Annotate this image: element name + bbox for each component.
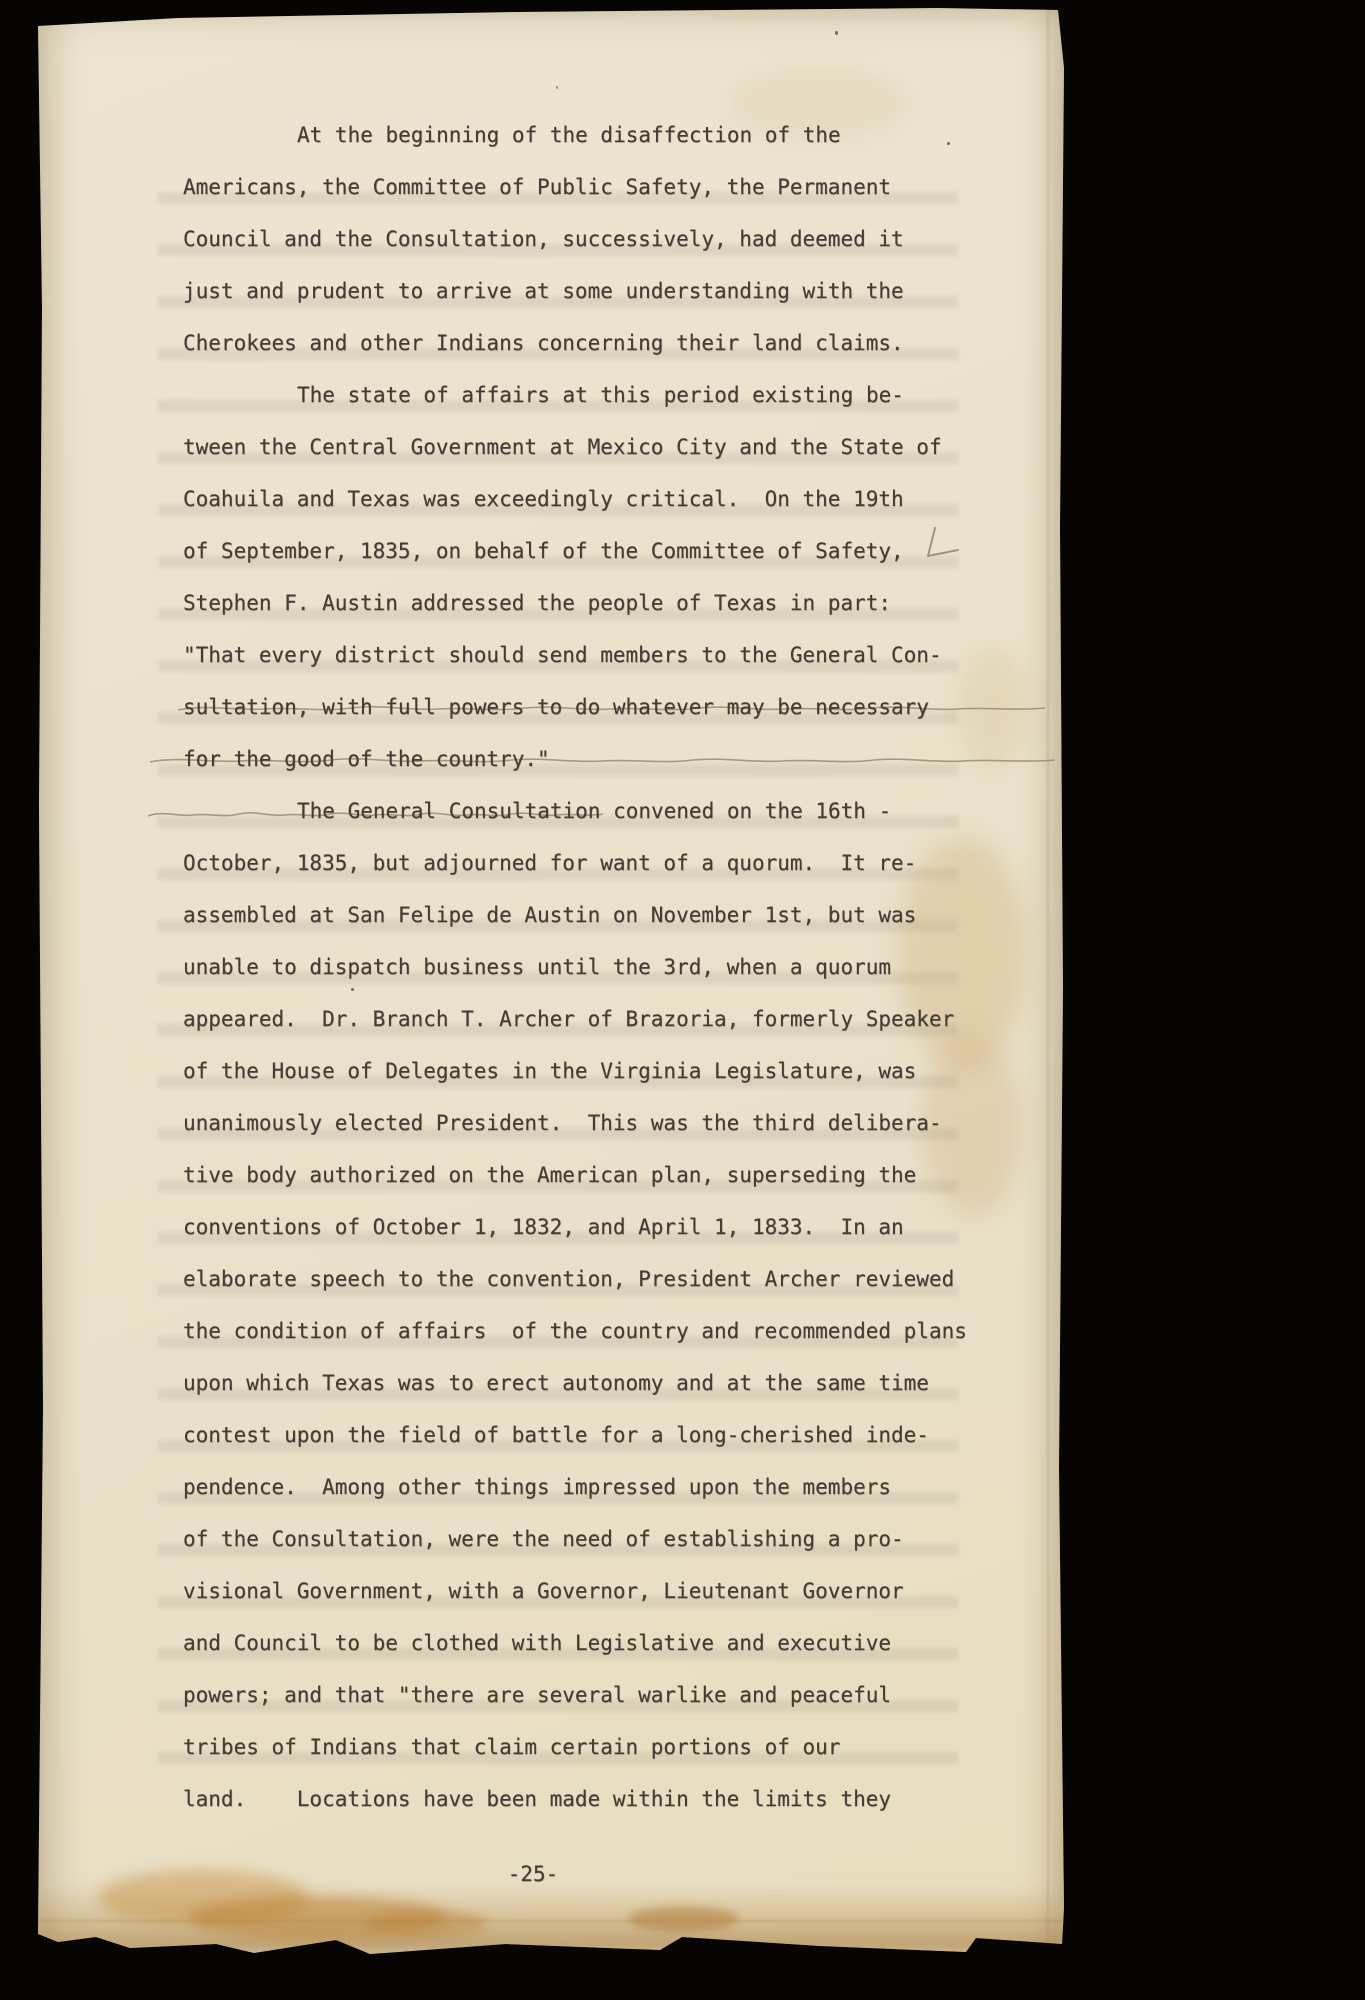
scanned-document-photo: { "document": { "type": "typewritten-pag… xyxy=(0,0,1365,2000)
line-text: just and prudent to arrive at some under… xyxy=(183,279,904,303)
typed-line: At the beginning of the disaffection of … xyxy=(183,109,1063,161)
line-text: Council and the Consultation, successive… xyxy=(183,227,904,251)
typed-line: powers; and that "there are several warl… xyxy=(183,1669,1063,1721)
pencil-check-mark-icon xyxy=(925,527,961,561)
typed-line: conventions of October 1, 1832, and Apri… xyxy=(183,1201,1063,1253)
line-text: Coahuila and Texas was exceedingly criti… xyxy=(183,487,904,511)
stain-blob xyxy=(628,1906,738,1932)
line-text: tribes of Indians that claim certain por… xyxy=(183,1735,840,1759)
page-fold-line xyxy=(38,1920,1064,1922)
typed-line: pendence. Among other things impressed u… xyxy=(183,1461,1063,1513)
typed-line: for the good of the country." xyxy=(183,733,1063,785)
typed-line: unanimously elected President. This was … xyxy=(183,1097,1063,1149)
typed-line: just and prudent to arrive at some under… xyxy=(183,265,1063,317)
line-text: of September, 1835, on behalf of the Com… xyxy=(183,539,904,563)
typed-line: Council and the Consultation, successive… xyxy=(183,213,1063,265)
typed-line: The General Consultation convened on the… xyxy=(183,785,1063,837)
ink-speck xyxy=(835,31,838,35)
typed-line: appeared. Dr. Branch T. Archer of Brazor… xyxy=(183,993,1063,1045)
typed-line: the condition of affairs of the country … xyxy=(183,1305,1063,1357)
text-block: At the beginning of the disaffection of … xyxy=(183,109,1063,1825)
typed-line: Americans, the Committee of Public Safet… xyxy=(183,161,1063,213)
line-text: tive body authorized on the American pla… xyxy=(183,1163,916,1187)
typed-line: of the House of Delegates in the Virgini… xyxy=(183,1045,1063,1097)
line-text: unanimously elected President. This was … xyxy=(183,1111,942,1135)
stain-blob xyxy=(368,1910,488,1938)
document-page: At the beginning of the disaffection of … xyxy=(38,8,1064,1955)
line-text: visional Government, with a Governor, Li… xyxy=(183,1579,904,1603)
typed-line: The state of affairs at this period exis… xyxy=(183,369,1063,421)
typed-line: "That every district should send members… xyxy=(183,629,1063,681)
typed-line: sultation, with full powers to do whatev… xyxy=(183,681,1063,733)
ink-speck xyxy=(556,86,558,89)
line-text: appeared. Dr. Branch T. Archer of Brazor… xyxy=(183,1007,954,1031)
typed-line: and Council to be clothed with Legislati… xyxy=(183,1617,1063,1669)
line-text: Stephen F. Austin addressed the people o… xyxy=(183,591,891,615)
typed-line: tive body authorized on the American pla… xyxy=(183,1149,1063,1201)
line-text: Americans, the Committee of Public Safet… xyxy=(183,175,891,199)
typed-line: tween the Central Government at Mexico C… xyxy=(183,421,1063,473)
line-text: the condition of affairs of the country … xyxy=(183,1319,967,1343)
typed-line: unable to dispatch business until the 3r… xyxy=(183,941,1063,993)
typed-line: elaborate speech to the convention, Pres… xyxy=(183,1253,1063,1305)
typed-line: October, 1835, but adjourned for want of… xyxy=(183,837,1063,889)
line-text: elaborate speech to the convention, Pres… xyxy=(183,1267,954,1291)
typed-line: visional Government, with a Governor, Li… xyxy=(183,1565,1063,1617)
line-text: sultation, with full powers to do whatev… xyxy=(183,695,929,719)
line-text: At the beginning of the disaffection of … xyxy=(297,123,841,147)
line-text: assembled at San Felipe de Austin on Nov… xyxy=(183,903,916,927)
line-text: land. Locations have been made within th… xyxy=(183,1787,891,1811)
typed-line: contest upon the field of battle for a l… xyxy=(183,1409,1063,1461)
line-text: contest upon the field of battle for a l… xyxy=(183,1423,929,1447)
line-text: of the House of Delegates in the Virgini… xyxy=(183,1059,916,1083)
line-text: October, 1835, but adjourned for want of… xyxy=(183,851,916,875)
line-text: and Council to be clothed with Legislati… xyxy=(183,1631,891,1655)
page-number: -25- xyxy=(183,1848,883,1900)
line-text: upon which Texas was to erect autonomy a… xyxy=(183,1371,929,1395)
line-text: tween the Central Government at Mexico C… xyxy=(183,435,942,459)
line-text: The General Consultation convened on the… xyxy=(297,799,891,823)
line-text: unable to dispatch business until the 3r… xyxy=(183,955,891,979)
typed-line: assembled at San Felipe de Austin on Nov… xyxy=(183,889,1063,941)
typed-line: Cherokees and other Indians concerning t… xyxy=(183,317,1063,369)
line-text: powers; and that "there are several warl… xyxy=(183,1683,891,1707)
line-text: conventions of October 1, 1832, and Apri… xyxy=(183,1215,904,1239)
line-text: Cherokees and other Indians concerning t… xyxy=(183,331,904,355)
line-text: The state of affairs at this period exis… xyxy=(297,383,904,407)
typed-line: Coahuila and Texas was exceedingly criti… xyxy=(183,473,1063,525)
stain-blob xyxy=(188,1896,448,1940)
typed-line: land. Locations have been made within th… xyxy=(183,1773,1063,1825)
line-text: pendence. Among other things impressed u… xyxy=(183,1475,891,1499)
typed-line: upon which Texas was to erect autonomy a… xyxy=(183,1357,1063,1409)
typed-line: of the Consultation, were the need of es… xyxy=(183,1513,1063,1565)
line-text: for the good of the country." xyxy=(183,747,550,771)
line-text: "That every district should send members… xyxy=(183,643,942,667)
typed-line: Stephen F. Austin addressed the people o… xyxy=(183,577,1063,629)
line-text: of the Consultation, were the need of es… xyxy=(183,1527,904,1551)
typed-line: tribes of Indians that claim certain por… xyxy=(183,1721,1063,1773)
